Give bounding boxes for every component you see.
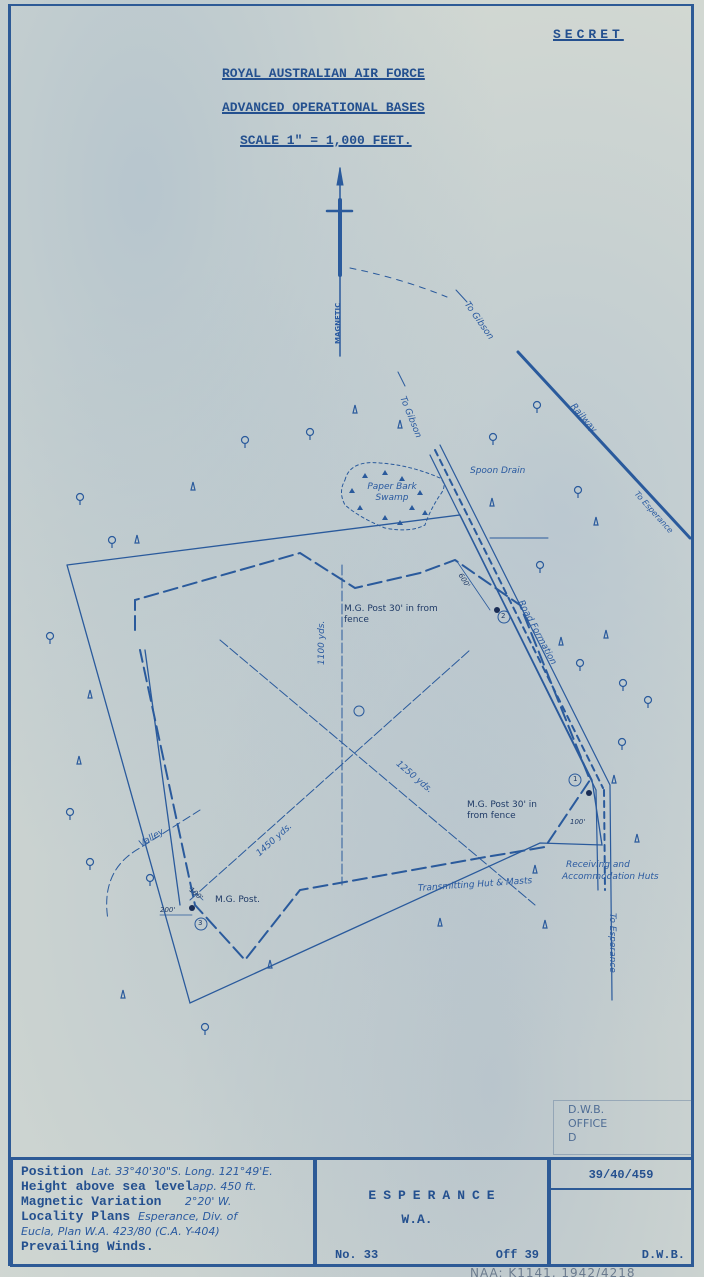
state-name: W.A. <box>317 1212 517 1227</box>
north-arrow-label: MAGNETIC <box>334 303 342 344</box>
locality-value-1: Esperance, Div. of <box>138 1210 237 1223</box>
drawn-by: D.W.B. <box>642 1248 685 1262</box>
label-mg-post-3: M.G. Post. <box>215 895 260 905</box>
label-spoon-drain: Spoon Drain <box>470 466 525 476</box>
mg-post-3-number: 3 <box>198 919 202 927</box>
mg-post-2-number: 2 <box>501 612 505 620</box>
label-receiving-huts-1: Receiving and <box>566 860 630 870</box>
title-block-reference: 39/40/459 D.W.B. <box>548 1157 694 1267</box>
prevailing-winds-label: Prevailing Winds. <box>21 1239 154 1254</box>
file-reference: 39/40/459 <box>551 1168 691 1190</box>
title-block-details: Position Lat. 33°40'30"S. Long. 121°49'E… <box>10 1157 316 1267</box>
label-swamp: Paper Bark Swamp <box>362 482 422 504</box>
height-label: Height above sea level <box>21 1179 193 1194</box>
label-runway-1100: 1100 yds. <box>317 621 327 665</box>
mg-post-1-number: 1 <box>573 775 577 783</box>
height-value: app. 450 ft. <box>193 1180 257 1193</box>
locality-label: Locality Plans <box>21 1209 130 1224</box>
title-block-place: ESPERANCE W.A. No. 33 Off 39 <box>314 1157 550 1267</box>
magvar-value: 2°20' W. <box>185 1195 232 1208</box>
label-receiving-huts-2: Accommodation Huts <box>562 872 659 882</box>
archive-reference: NAA: K1141, 1942/4218 <box>470 1266 636 1277</box>
place-name: ESPERANCE <box>317 1188 553 1203</box>
locality-value-2: Eucla, Plan W.A. 423/80 (C.A. Y-404) <box>21 1225 220 1238</box>
label-mg-post-1: M.G. Post 30' in from fence <box>467 800 557 822</box>
office-stamp: D.W.B. OFFICE D <box>553 1100 693 1155</box>
label-to-esperance-road: To Esperance <box>607 913 617 973</box>
stamp-line-1: D.W.B. <box>568 1103 692 1117</box>
label-mg-post-1-distance: 100' <box>570 818 585 826</box>
magvar-label: Magnetic Variation <box>21 1194 161 1209</box>
sheet-number: No. 33 <box>335 1248 378 1262</box>
position-label: Position <box>21 1164 83 1179</box>
stamp-line-2: OFFICE <box>568 1117 692 1131</box>
label-mg-post-2: M.G. Post 30' in from fence <box>344 604 464 626</box>
label-mg-post-3-distance-a: 200' <box>160 906 175 914</box>
position-value: Lat. 33°40'30"S. Long. 121°49'E. <box>91 1165 273 1178</box>
site-plan-drawing <box>0 0 704 1277</box>
sheet-of: Off 39 <box>496 1248 539 1262</box>
stamp-line-3: D <box>568 1131 692 1145</box>
